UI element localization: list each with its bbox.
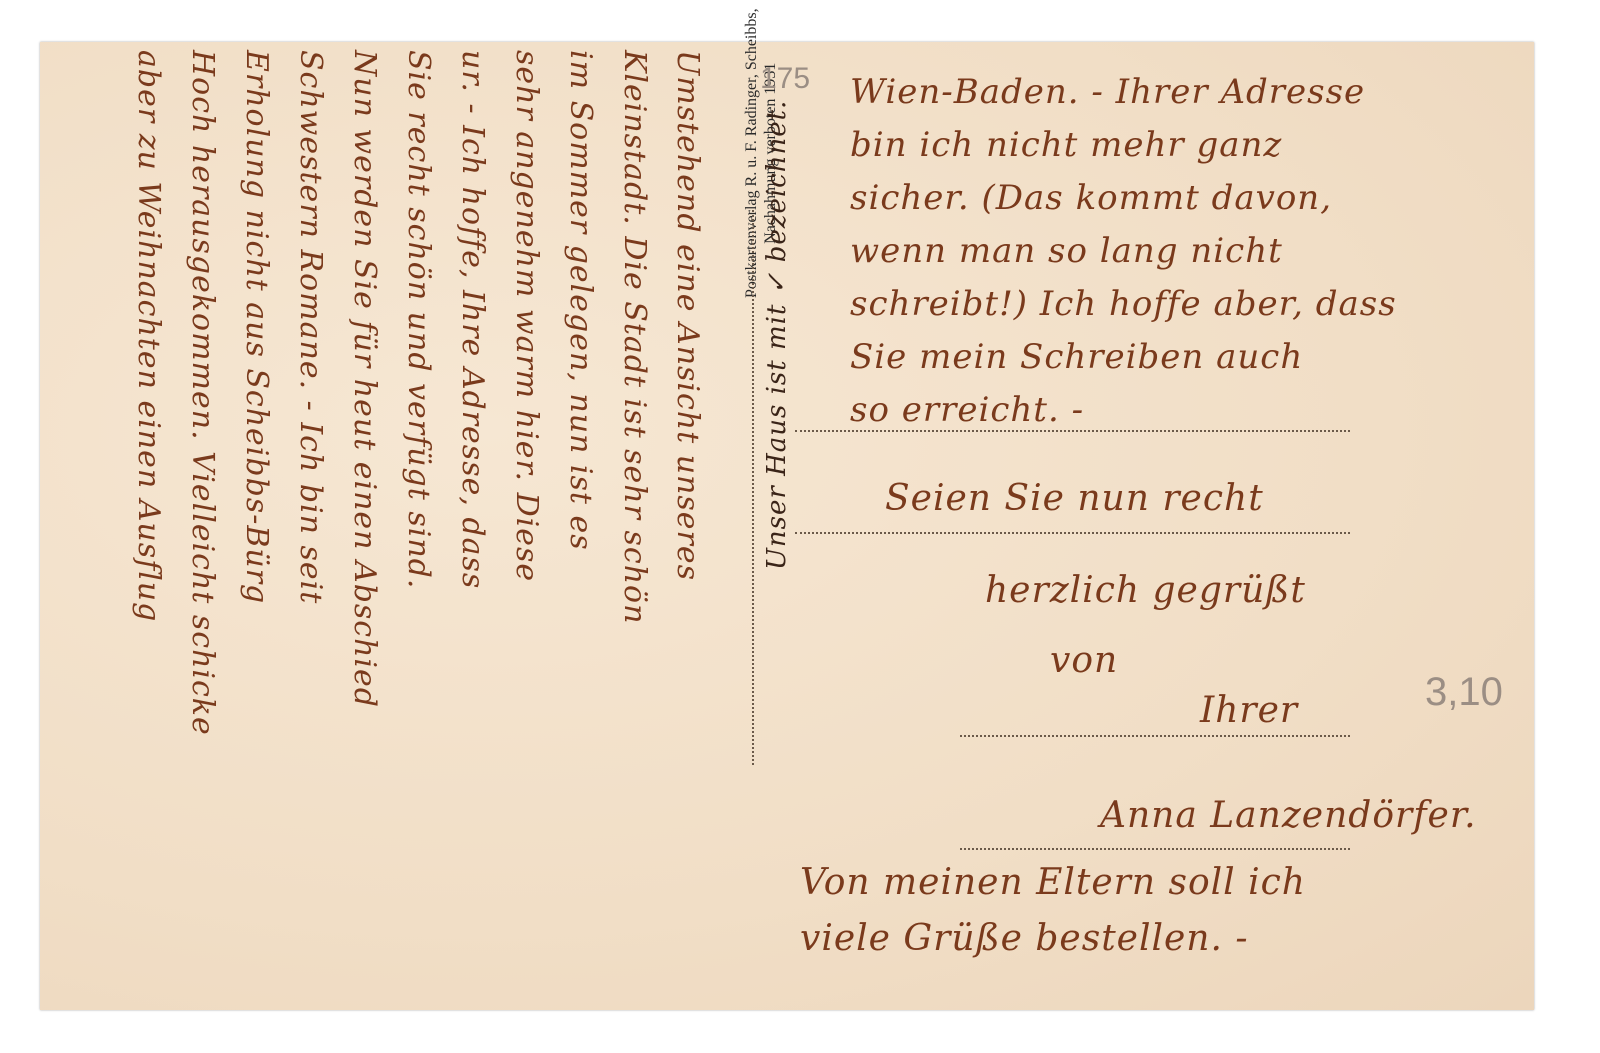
postscript-line: Von meinen Eltern soll ich: [800, 862, 1306, 903]
greeting-line: Ihrer: [1200, 690, 1298, 731]
signature: Anna Lanzendörfer.: [1100, 795, 1477, 836]
pencil-mark-price: 3,10: [1425, 670, 1503, 715]
message-line: wenn man so lang nicht: [850, 231, 1283, 271]
message-line: schreibt!) Ich hoffe aber, dass: [850, 284, 1397, 324]
left-line: Schwestern Romane. - Ich bin seit: [293, 50, 328, 604]
left-line: Nun werden Sie für heut einen Abschied: [347, 50, 382, 708]
left-line: sehr angenehm warm hier. Diese: [509, 50, 544, 582]
postscript-line: viele Grüße bestellen. -: [800, 918, 1249, 959]
vertical-note: Unser Haus ist mit ✓ bezeichnet.: [762, 100, 792, 570]
center-divider: [752, 210, 754, 765]
address-line: [795, 430, 1350, 432]
message-line: sicher. (Das kommt davon,: [850, 178, 1332, 218]
address-line: [960, 848, 1350, 850]
message-line: so erreicht. -: [850, 390, 1084, 430]
left-line: Sie recht schön und verfügt sind.: [401, 50, 436, 589]
left-line: Erholung nicht aus Scheibbs-Bürg: [239, 50, 274, 604]
message-line: Wien-Baden. - Ihrer Adresse: [850, 72, 1365, 112]
pencil-mark-top: 175: [760, 62, 810, 96]
address-line: [795, 532, 1350, 534]
address-line: [960, 735, 1350, 737]
message-line: Sie mein Schreiben auch: [850, 337, 1303, 377]
message-line: bin ich nicht mehr ganz: [850, 125, 1282, 165]
left-line: Umstehend eine Ansicht unseres: [670, 50, 705, 581]
left-line: im Sommer gelegen, nun ist es: [563, 50, 598, 551]
left-line: aber zu Weihnachten einen Ausflug: [131, 50, 166, 622]
left-line: ur. - Ich hoffe, Ihre Adresse, dass: [455, 50, 490, 589]
greeting-line: von: [1050, 640, 1118, 681]
greeting-line: Seien Sie nun recht: [885, 478, 1264, 519]
left-line: Kleinstadt. Die Stadt ist sehr schön: [617, 50, 652, 624]
left-line: Hoch herausgekommen. Vielleicht schicke: [185, 50, 220, 736]
greeting-line: herzlich gegrüßt: [985, 570, 1306, 611]
